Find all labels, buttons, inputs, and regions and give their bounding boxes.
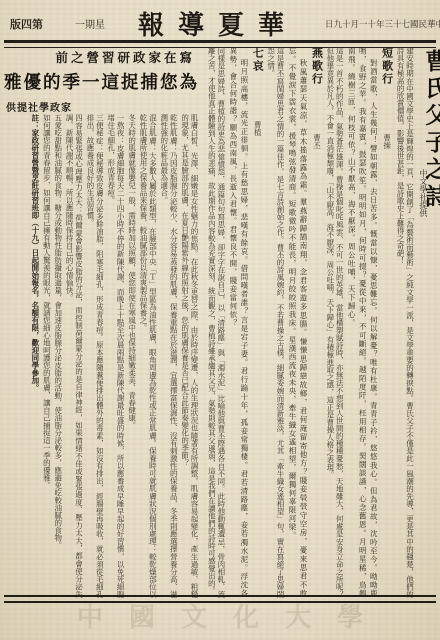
weekday-label: 一期星: [75, 16, 105, 31]
home-article-title: 雅優的季一這捉捕您為: [4, 69, 201, 94]
body-paragraph: 一熬夜：皮膚細胞每天二十四小時不停的新陳代謝，而晚上十點至次晨兩點是新陳代謝最旺…: [106, 114, 125, 598]
newspaper-title: 報導夏華: [124, 5, 298, 42]
body-paragraph: 三便秘症：便秘導致皮膚分泌多餘油脂，阻塞毛細孔，形成青春痘。原本應隨糞便排出體外…: [86, 114, 105, 598]
poem-author: 曹操: [383, 134, 392, 149]
article-intro: 建安時期在中國文學史上是輝煌的一頁，它開創了「為藝術而藝術」之純文學一派，是文學…: [396, 47, 415, 598]
body-paragraph: 混合肌膚：大多數人屬於此類型，在臉部中央「Ｔ」型區為油性肌膚，眼角周邊為乾性或正…: [139, 114, 158, 598]
poem-text: 明月照高樓，流光正徘徊。上有愁思婦，悲嘆有餘哀。借問嘆者誰？言是宕子妻。君行踰十…: [228, 47, 250, 598]
body-paragraph: 肌膚白皙、光澤、細嫩是女性魅力的焦點。在此秋冬更替之際，由於時序變遷，人的生理狀…: [180, 114, 199, 598]
poem-section-header: 短歌行 曹操: [381, 47, 391, 598]
body-paragraph: 乾性肌膚：乃因皮脂腺分泌較少、水分容易蒸發的肌膚，保養重點在於滋潤，宜選擇富保濕…: [159, 114, 178, 598]
home-article-header: 前之營習研政家在寫 雅優的季一這捉捕您為 供提社學政家: [4, 47, 201, 114]
body-paragraph: 冬天時的肌膚就像嬰兒一般，需時時加以照顧，使您即使在寒風中也保持細嫩柔美、青春健…: [127, 114, 136, 598]
footer-divider: [4, 595, 436, 603]
body-paragraph: 如何讓您的青春留步，如何讓自己擁有動人驚羨的眼光，就請您細心地呵護您的肌膚，讓自…: [42, 114, 51, 598]
poem-commentary: 這是曹丕寫閨婦思君之情的一篇佳作，是七言詩創始之作。曹丕的詩風婉約，不若曹操之古…: [266, 47, 285, 598]
poem-author: 曹丕: [312, 134, 321, 149]
poem-commentary: 同樣是思婦詩，曹植的詩更為悲愴憤怨，通篇句句寫思婦，卻字字在說自己，以「清路塵」…: [207, 47, 226, 598]
poetry-article-flow: 詩詞曲賞析 曹氏父子之詩 中文學社提供 建安時期在中國文學史上是輝煌的一頁，它開…: [207, 47, 440, 598]
home-economics-article: 前之營習研政家在寫 雅優的季一這捉捕您為 供提社學政家 肌膚白皙、光澤、細嫩是女…: [4, 47, 201, 598]
page-content: 前之營習研政家在寫 雅優的季一這捉捕您為 供提社學政家 肌膚白皙、光澤、細嫩是女…: [4, 47, 436, 598]
masthead-left: 版四第 一期星: [6, 16, 124, 32]
poem-section-header: 燕歌行 曹丕: [311, 47, 321, 598]
poem-text: 秋風蕭瑟天氣涼，草木搖落露為霜。羣燕辭歸鵠南翔，念君客遊多思腸。慊慊思歸戀故鄉，…: [287, 47, 309, 598]
home-article-body: 肌膚白皙、光澤、細嫩是女性魅力的焦點。在此秋冬更替之際，由於時序變遷，人的生理狀…: [4, 114, 201, 598]
date-label: 日九十月一十年三十七國民華中: [298, 18, 440, 30]
home-article-byline: 供提社學政家: [4, 99, 201, 114]
home-article-kicker: 前之營習研政家在寫: [4, 48, 201, 66]
page-number-label: 版四第: [10, 16, 43, 32]
masthead: 版四第 一期星 報導夏華 日九十月一十年三十七國民華中: [6, 5, 434, 37]
newspaper-page: 中國文化大學 版四第 一期星 報導夏華 日九十月一十年三十七國民華中 前之營習研…: [0, 0, 440, 640]
poem-commentary: 這是一首不朽的作品，氣勢蒼茫雄渾。曹操是個叱咤風雲、不可一世的英雄，當他橫槊賦詩…: [325, 47, 344, 598]
body-paragraph: 四容易緊張或心理壓力太大：荷爾蒙會影響皮脂的分泌，而控制荷爾蒙分泌的是自律神經，…: [65, 114, 84, 598]
poem-author: 曹植: [253, 121, 262, 136]
poetry-article-title: 曹氏父子之詩: [430, 47, 439, 598]
poem-title: 短歌行: [381, 47, 393, 86]
body-paragraph: 五愛吃甜點和油膩的食物：糖分或動物性脂肪攝取過量，會加速皮脂腺分泌皮脂的活動，使…: [53, 114, 62, 598]
poetry-article: 詩詞曲賞析 曹氏父子之詩 中文學社提供 建安時期在中國文學史上是輝煌的一頁，它開…: [207, 47, 440, 598]
poem-section-header: 七哀 曹植: [252, 47, 262, 598]
signup-note: 註：家政研習營暨烹飪研習班即（十九）日起開始報名，名額有限，歡迎同學參加。: [31, 114, 40, 598]
poem-title: 七哀: [251, 47, 263, 73]
poem-text: 對酒當歌，人生幾何！譬如朝露，去日苦多。慨當以慷，憂思難忘。何以解憂？唯有杜康。…: [346, 47, 379, 598]
poem-title: 燕歌行: [310, 47, 322, 86]
